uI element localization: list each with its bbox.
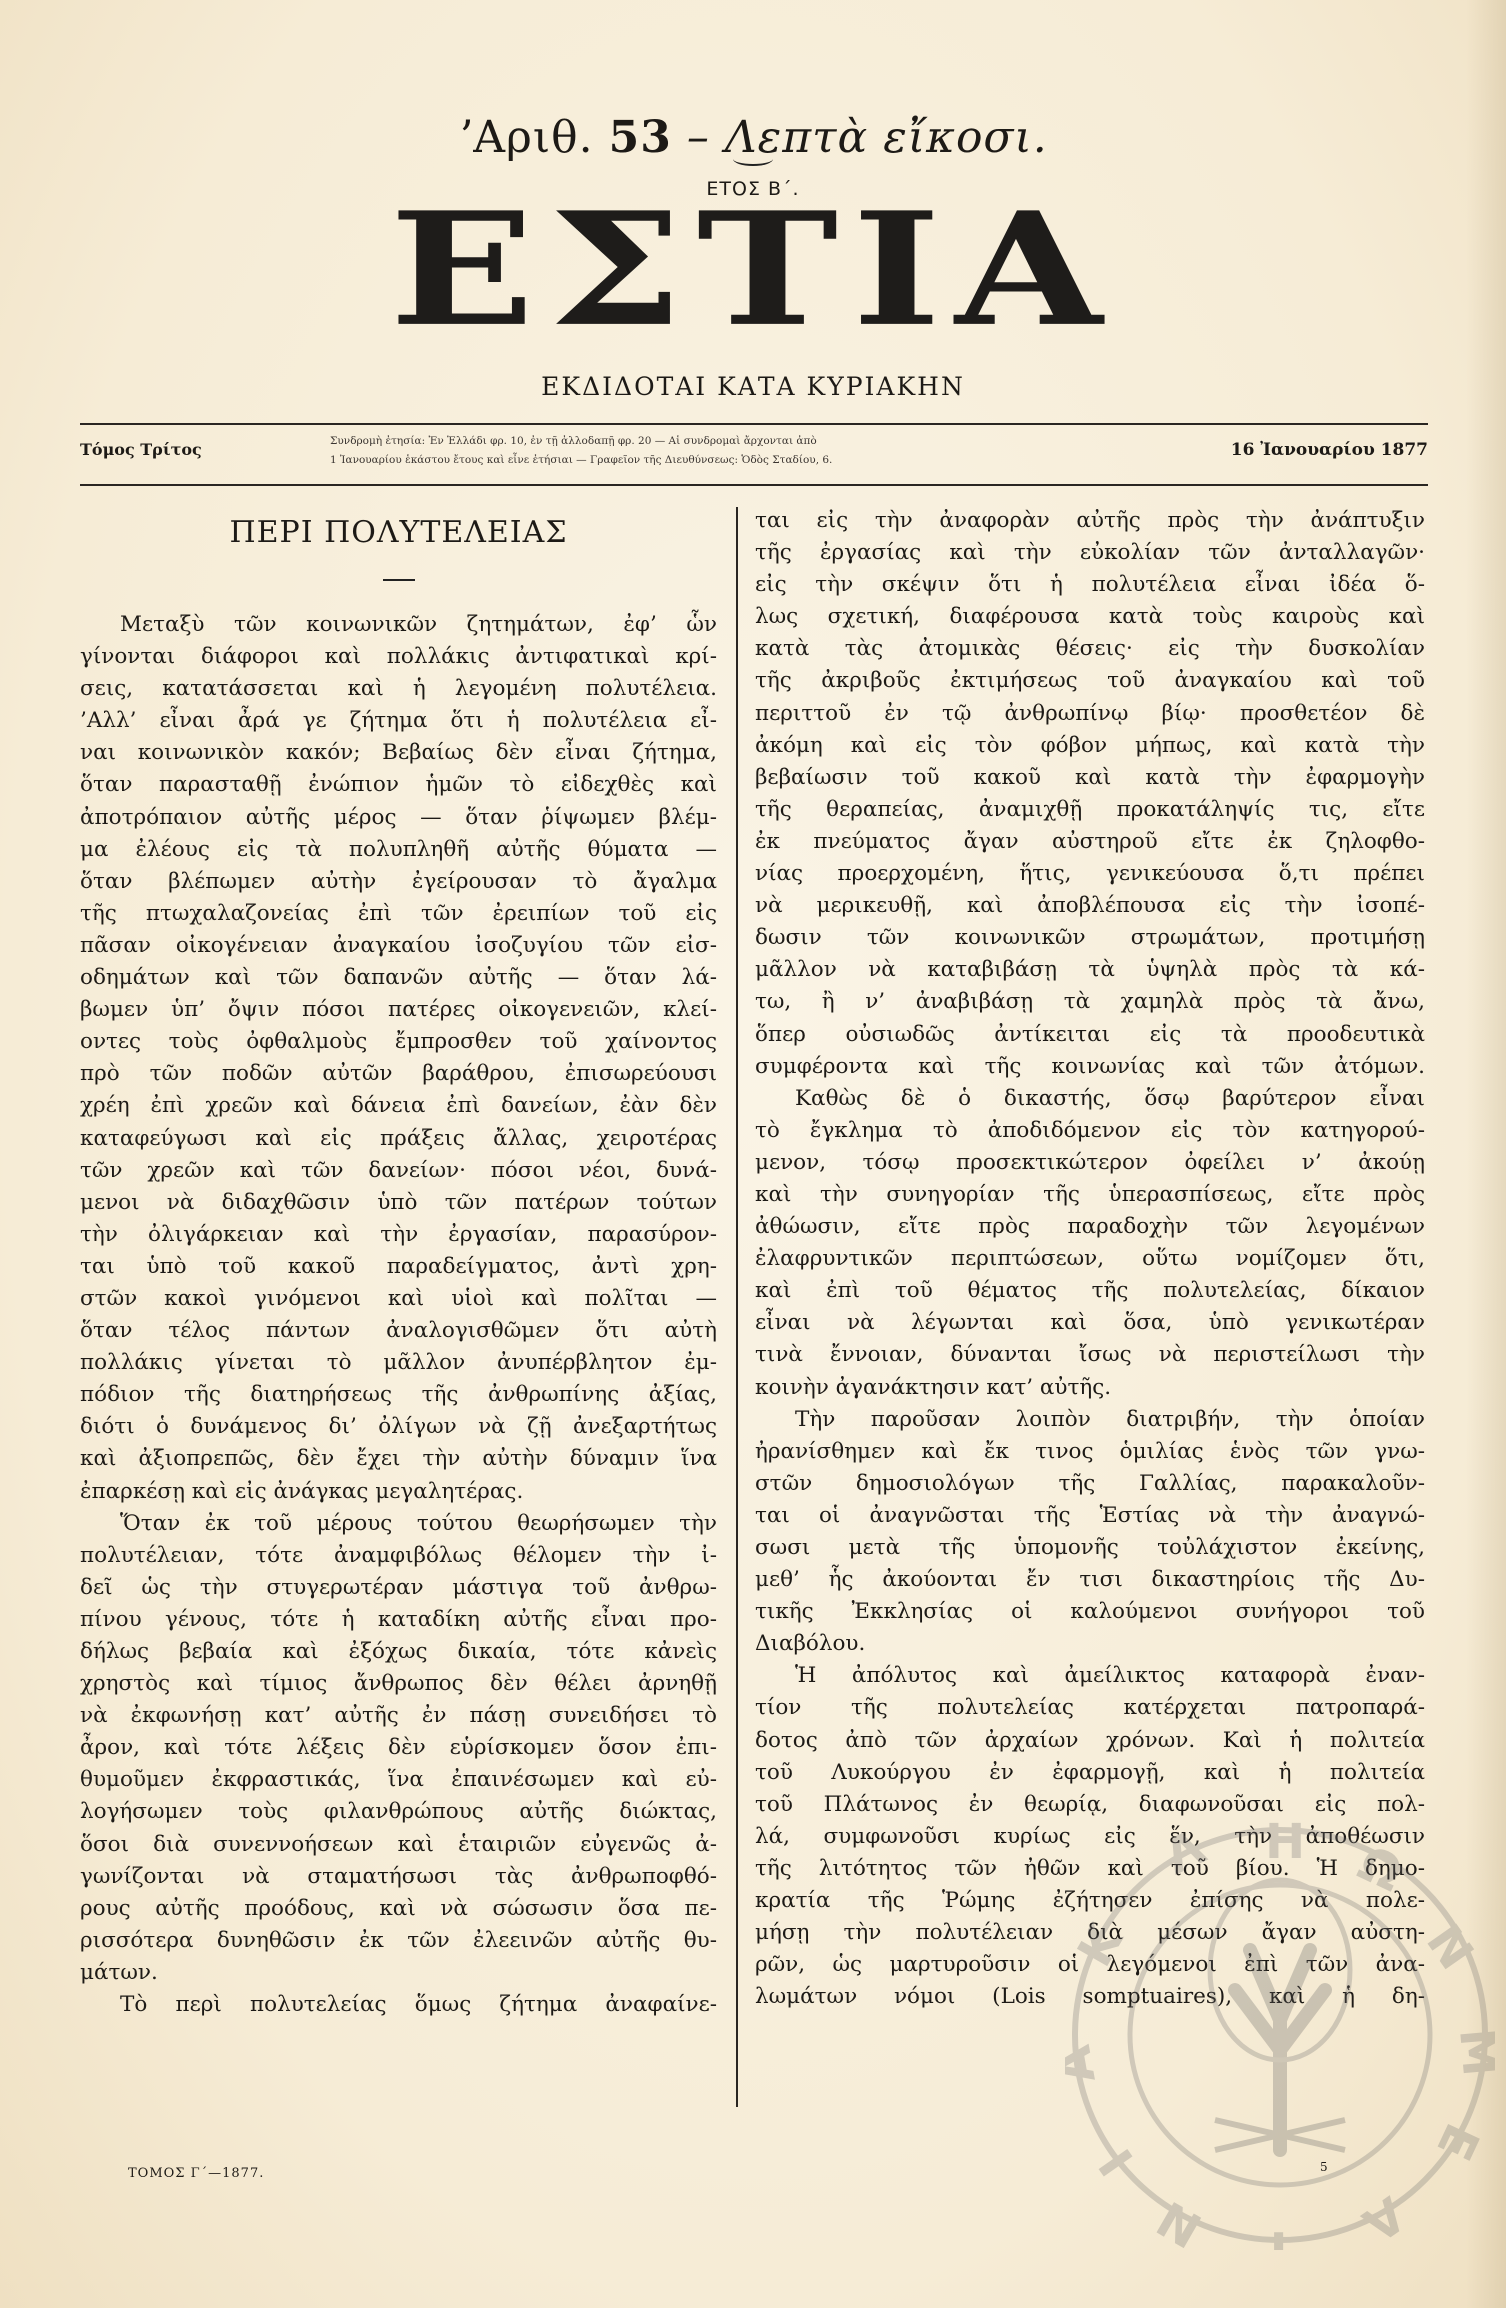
text-line: δεῖ ὡς τὴν στυγερωτέραν μάστιγα τοῦ ἀνθρ… — [80, 1572, 717, 1604]
text-line: βεβαίωσιν τοῦ κακοῦ καὶ κατὰ τὴν ἐφαρμογ… — [755, 762, 1425, 794]
text-line: Ἡ ἀπόλυτος καὶ ἀμείλικτος καταφορὰ ἐναν- — [755, 1660, 1425, 1692]
text-line: μεθ’ ἧς ἀκούονται ἔν τισι δικαστηρίοις τ… — [755, 1564, 1425, 1596]
text-line: σεις, κατατάσσεται καὶ ἡ λεγομένη πολυτέ… — [80, 673, 717, 705]
text-line: νίας προερχομένη, ἥτις, γενικεύουσα ὅ,τι… — [755, 858, 1425, 890]
left-column-text: Μεταξὺ τῶν κοινωνικῶν ζητημάτων, ἐφ’ ὧνγ… — [80, 609, 717, 2021]
article-title: ΠΕΡΙ ΠΟΛΥΤΕΛΕΙΑΣ — [80, 513, 717, 553]
text-line: Μεταξὺ τῶν κοινωνικῶν ζητημάτων, ἐφ’ ὧν — [80, 609, 717, 641]
text-line: διότι ὁ δυνάμενος δι’ ὀλίγων νὰ ζῇ ἀνεξα… — [80, 1411, 717, 1443]
header-rule-top — [80, 423, 1428, 425]
text-line: κοινὴν ἀγανάκτησιν κατ’ αὐτῆς. — [755, 1372, 1425, 1404]
text-line: ἐλαφρυντικῶν περιπτώσεων, οὕτω νομίζομεν… — [755, 1243, 1425, 1275]
text-line: ὅταν τέλος πάντων ἀναλογισθῶμεν ὅτι αὐτὴ — [80, 1315, 717, 1347]
text-line: εἰς τὴν σκέψιν ὅτι ἡ πολυτέλεια εἶναι ἰδ… — [755, 569, 1425, 601]
text-line: θυμοῦμεν ἐκφραστικάς, ἵνα ἐπαινέσωμεν κα… — [80, 1764, 717, 1796]
text-line: τινὰ ἔννοιαν, δύνανται ἴσως νὰ περιστείλ… — [755, 1339, 1425, 1371]
text-line: τῶν χρεῶν καὶ τῶν δανείων· πόσοι νέοι, δ… — [80, 1155, 717, 1187]
page-signature: 5 — [1320, 2160, 1328, 2174]
svg-text:Τ: Τ — [1262, 2220, 1295, 2250]
text-line: πᾶσαν οἰκογένειαν ἀναγκαίου ἰσοζυγίου τῶ… — [80, 930, 717, 962]
subscription-line-2: 1 Ἰανουαρίου ἑκάστου ἔτους καὶ εἶνε ἐτήσ… — [330, 451, 1070, 470]
text-line: μήσῃ τὴν πολυτέλειαν διὰ μέσων ἄγαν αὐστ… — [755, 1917, 1425, 1949]
text-line: μᾶλλον νὰ καταβιβάσῃ τὰ ὑψηλὰ πρὸς τὰ κά… — [755, 954, 1425, 986]
text-line: στῶν κακοὶ γινόμενοι καὶ υἱοὶ καὶ πολῖτα… — [80, 1283, 717, 1315]
text-line: πίνου γένους, τότε ἡ καταδίκη αὐτῆς εἶνα… — [80, 1604, 717, 1636]
text-line: ται οἱ ἀναγνῶσται τῆς Ἑστίας νὰ τὴν ἀναγ… — [755, 1500, 1425, 1532]
column-divider — [736, 507, 738, 2107]
text-line: ἐκ πνεύματος ἄγαν αὐστηροῦ εἴτε ἐκ ζηλοφ… — [755, 826, 1425, 858]
newspaper-page: ʼΑριθ. 53 – Λεπτὰ εἴκοσι. ΕΤΟΣ Β΄. ΕΣΤΙΑ… — [0, 0, 1506, 2308]
text-line: τικῆς Ἐκκλησίας οἱ καλούμενοι συνήγοροι … — [755, 1596, 1425, 1628]
text-line: περιττοῦ ἐν τῷ ἀνθρωπίνῳ βίῳ· προσθετέον… — [755, 698, 1425, 730]
header-rule-bottom — [80, 484, 1428, 486]
text-line: ὅταν βλέπωμεν αὐτὴν ἐγείρουσαν τὸ ἄγαλμα — [80, 866, 717, 898]
text-line: νὰ ἐκφωνήσῃ κατ’ αὐτῆς ἐν πάσῃ συνειδήσε… — [80, 1700, 717, 1732]
subscription-info: Συνδρομὴ ἐτησία: Ἐν Ἑλλάδι φρ. 10, ἐν τῇ… — [330, 432, 1070, 470]
text-line: οδημάτων καὶ τῶν δαπανῶν αὐτῆς — ὅταν λά… — [80, 962, 717, 994]
text-line: πόδιον τῆς διατηρήσεως τῆς ἀνθρωπίνης ἀξ… — [80, 1379, 717, 1411]
text-line: τὸ ἔγκλημα τὸ ἀποδιδόμενον εἰς τὸν κατηγ… — [755, 1115, 1425, 1147]
text-line: ται εἰς τὴν ἀναφορὰν αὐτῆς πρὸς τὴν ἀνάπ… — [755, 505, 1425, 537]
text-line: γωνίζονται νὰ σταματήσωσι τὰς ἀνθρωποφθό… — [80, 1861, 717, 1893]
text-line: δήλως βεβαία καὶ ἐξόχως δικαία, τότε κἀν… — [80, 1636, 717, 1668]
text-line: ἆρον, καὶ τότε λέξεις δὲν εὑρίσκομεν ὅσο… — [80, 1732, 717, 1764]
text-line: τὴν ὀλιγάρκειαν καὶ τὴν ἐργασίαν, παρασύ… — [80, 1219, 717, 1251]
svg-text:Ν: Ν — [1148, 2190, 1211, 2250]
text-line: χρέη ἐπὶ χρεῶν καὶ δάνεια ἐπὶ δανείων, ἐ… — [80, 1090, 717, 1122]
text-line: ρῶν, ὡς μαρτυροῦσιν οἱ λεγόμενοι ἐπὶ τῶν… — [755, 1949, 1425, 1981]
text-line: ’Αλλ’ εἶναι ἆρά γε ζήτημα ὅτι ἡ πολυτέλε… — [80, 705, 717, 737]
left-column: ΠΕΡΙ ΠΟΛΥΤΕΛΕΙΑΣ Μεταξὺ τῶν κοινωνικῶν ζ… — [80, 505, 717, 2021]
svg-text:Λ: Λ — [1353, 2185, 1416, 2250]
text-line: τῆς ἀκριβοῦς ἐκτιμήσεως τοῦ ἀναγκαίου κα… — [755, 665, 1425, 697]
text-line: σωσι μετὰ τῆς ὑπομονῆς τοὐλάχιστον ἐκείν… — [755, 1532, 1425, 1564]
text-line: ἐπαρκέσῃ καὶ εἰς ἀνάγκας μεγαλητέρας. — [80, 1476, 717, 1508]
text-line: Καθὼς δὲ ὁ δικαστής, ὅσῳ βαρύτερον εἶναι — [755, 1083, 1425, 1115]
text-line: καταφεύγωσι καὶ εἰς πράξεις ἄλλας, χειρο… — [80, 1123, 717, 1155]
text-line: μενον, τόσῳ προσεκτικώτερον ὀφείλει ν’ ἀ… — [755, 1147, 1425, 1179]
masthead-title: ΕΣΤΙΑ — [0, 196, 1506, 344]
text-line: ἀποτρόπαιον αὐτῆς μέρος — ὅταν ῥίψωμεν β… — [80, 802, 717, 834]
text-line: Τὴν παροῦσαν λοιπὸν διατριβήν, τὴν ὁποία… — [755, 1404, 1425, 1436]
text-line: τω, ἢ ν’ ἀναβιβάσῃ τὰ χαμηλὰ πρὸς τὰ ἄνω… — [755, 986, 1425, 1018]
text-line: τοῦ Λυκούργου ἐν ἐφαρμογῇ, καὶ ἡ πολιτεί… — [755, 1757, 1425, 1789]
info-band: Τόμος Τρίτος Συνδρομὴ ἐτησία: Ἐν Ἑλλάδι … — [80, 430, 1428, 480]
text-line: πρὸ τῶν ποδῶν αὐτῶν βαράθρου, ἐπισωρεύου… — [80, 1058, 717, 1090]
text-line: ρισσότερα δυνηθῶσιν ἐκ τῶν ἐλεεινῶν αὐτῆ… — [80, 1925, 717, 1957]
text-line: καὶ ἐπὶ τοῦ θέματος τῆς πολυτελείας, δίκ… — [755, 1275, 1425, 1307]
footer-volume-mark: ΤΟΜΟΣ Γ΄—1877. — [128, 2166, 264, 2181]
page-edge-shadow — [1466, 0, 1506, 2308]
decorative-swash — [733, 152, 773, 166]
svg-text:Α: Α — [1065, 2041, 1107, 2087]
text-line: βωμεν ὑπ’ ὄψιν πόσοι πατέρες οἰκογενειῶν… — [80, 994, 717, 1026]
text-line: οντες τοὺς ὀφθαλμοὺς ἔμπροσθεν τοῦ χαίνο… — [80, 1026, 717, 1058]
text-line: τοῦ Πλάτωνος ἐν θεωρίᾳ, διαφωνοῦσαι εἰς … — [755, 1789, 1425, 1821]
text-line: καὶ τὴν συνηγορίαν τῆς ὑπερασπίσεως, εἴτ… — [755, 1179, 1425, 1211]
text-line: πολλάκις γίνεται τὸ μᾶλλον ἀνυπέρβλητον … — [80, 1347, 717, 1379]
text-line: καὶ ἀξιοπρεπῶς, δὲν ἔχει τὴν αὐτὴν δύναμ… — [80, 1443, 717, 1475]
text-line: ναι κοινωνικὸν κακόν; Βεβαίως δὲν εἶναι … — [80, 737, 717, 769]
volume-label: Τόμος Τρίτος — [80, 440, 202, 459]
right-column: ται εἰς τὴν ἀναφορὰν αὐτῆς πρὸς τὴν ἀνάπ… — [755, 505, 1425, 2013]
text-line: τίον τῆς πολυτελείας κατέρχεται πατροπαρ… — [755, 1692, 1425, 1724]
text-line: λογήσωμεν τοὺς φιλανθρώπους αὐτῆς διώκτα… — [80, 1796, 717, 1828]
text-line: συμφέροντα καὶ τῆς κοινωνίας καὶ τῶν ἀτό… — [755, 1051, 1425, 1083]
text-line: δοτος ἀπὸ τῶν ἀρχαίων χρόνων. Καὶ ἡ πολι… — [755, 1725, 1425, 1757]
text-line: ὅταν παρασταθῇ ἐνώπιον ἡμῶν τὸ εἰδεχθὲς … — [80, 769, 717, 801]
text-line: ἠρανίσθημεν καὶ ἔκ τινος ὁμιλίας ἑνὸς τῶ… — [755, 1436, 1425, 1468]
issue-number: 53 — [609, 112, 672, 163]
issue-prefix: ʼΑριθ. — [458, 112, 593, 163]
text-line: νὰ μερικευθῇ, καὶ ἀποβλέπουσα εἰς τὴν ἰσ… — [755, 890, 1425, 922]
subscription-line-1: Συνδρομὴ ἐτησία: Ἐν Ἑλλάδι φρ. 10, ἐν τῇ… — [330, 432, 1070, 451]
text-line: χρηστὸς καὶ τίμιος ἄνθρωπος δὲν θέλει ἀρ… — [80, 1668, 717, 1700]
text-line: πολυτέλειαν, τότε ἀναμφιβόλως θέλομεν τὴ… — [80, 1540, 717, 1572]
text-line: τῆς λιτότητος τῶν ἠθῶν καὶ τοῦ βίου. Ἡ δ… — [755, 1853, 1425, 1885]
text-line: γίνονται διάφοροι καὶ πολλάκις ἀντιφατικ… — [80, 641, 717, 673]
text-line: λωμάτων νόμοι (Lois somptuaires), καὶ ἡ … — [755, 1981, 1425, 2013]
text-line: Τὸ περὶ πολυτελείας ὅμως ζήτημα ἀναφαίνε… — [80, 1989, 717, 2021]
text-line: ρους αὐτῆς προόδους, καὶ νὰ σώσωσιν ὅσα … — [80, 1893, 717, 1925]
text-line: εἶναι νὰ λέγωνται καὶ ὅσα, ὑπὸ γενικωτέρ… — [755, 1307, 1425, 1339]
text-line: ἀκόμη καὶ εἰς τὸν φόβον μήπως, καὶ κατὰ … — [755, 730, 1425, 762]
text-line: μενοι νὰ διδαχθῶσιν ὑπὸ τῶν πατέρων τούτ… — [80, 1187, 717, 1219]
text-line: μα ἐλέους εἰς τὰ πολυπληθῆ αὐτῆς θύματα … — [80, 834, 717, 866]
text-line: μάτων. — [80, 1957, 717, 1989]
issue-date: 16 Ἰανουαρίου 1877 — [1231, 440, 1428, 460]
masthead-subtitle: ΕΚΔΙΔΟΤΑΙ ΚΑΤΑ ΚΥΡΙΑΚΗΝ — [0, 372, 1506, 401]
text-line: ται ὑπὸ τοῦ κακοῦ παραδείγματος, ἀντὶ χρ… — [80, 1251, 717, 1283]
text-line: κρατία τῆς Ῥώμης ἐζήτησεν ἐπίσης νὰ πολε… — [755, 1885, 1425, 1917]
text-line: τῆς θεραπείας, ἀναμιχθῇ προκατάληψίς τις… — [755, 794, 1425, 826]
text-line: τῆς ἐργασίας καὶ τὴν εὐκολίαν τῶν ἀνταλλ… — [755, 537, 1425, 569]
text-line: ἀθώωσιν, εἴτε πρὸς παραδοχὴν τῶν λεγομέν… — [755, 1211, 1425, 1243]
text-line: ὅπερ οὐσιωδῶς ἀντίκειται εἰς τὰ προοδευτ… — [755, 1019, 1425, 1051]
text-line: τῆς πτωχαλαζονείας ἐπὶ τῶν ἐρειπίων τοῦ … — [80, 898, 717, 930]
text-line: δωσιν τῶν κοινωνικῶν στρωμάτων, προτιμήσ… — [755, 922, 1425, 954]
right-column-text: ται εἰς τὴν ἀναφορὰν αὐτῆς πρὸς τὴν ἀνάπ… — [755, 505, 1425, 2013]
text-line: λά, συμφωνοῦσι κυρίως εἰς ἕν, τὴν ἀποθέω… — [755, 1821, 1425, 1853]
text-line: κατὰ τὰς ἀτομικὰς θέσεις· εἰς τὴν δυσκολ… — [755, 633, 1425, 665]
text-line: λως σχετική, διαφέρουσα κατὰ τοὺς καιροὺ… — [755, 601, 1425, 633]
text-line: στῶν δημοσιολόγων τῆς Γαλλίας, παρακαλοῦ… — [755, 1468, 1425, 1500]
text-line: ὅσοι διὰ συνεννοήσεων καὶ ἑταιριῶν εὐγεν… — [80, 1829, 717, 1861]
title-separator — [383, 579, 415, 581]
text-line: Διαβόλου. — [755, 1628, 1425, 1660]
svg-text:Ι: Ι — [1089, 2138, 1145, 2185]
text-line: Ὅταν ἐκ τοῦ μέρους τούτου θεωρήσωμεν τὴν — [80, 1508, 717, 1540]
